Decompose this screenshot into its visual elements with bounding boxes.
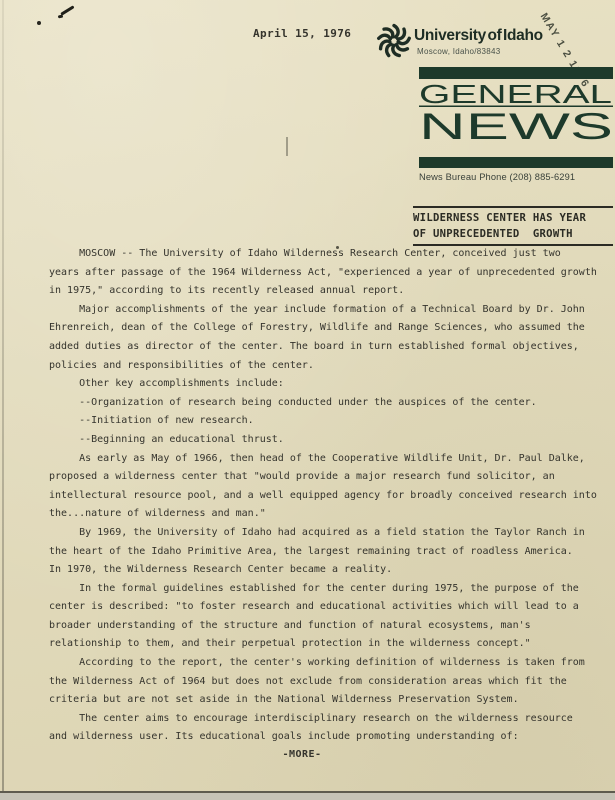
more-marker: -MORE- [0,749,604,760]
scan-bottom-strip [0,793,615,800]
document-text-line: and wilderness user. Its educational goa… [49,728,601,747]
document-body: MOSCOW -- The University of Idaho Wilder… [49,245,601,747]
document-text-line: MOSCOW -- The University of Idaho Wilder… [49,245,601,264]
document-text-line: --Organization of research being conduct… [49,394,601,413]
scanned-press-release: { "document": { "kind": "press-release",… [0,0,615,800]
document-text-line: the...nature of wilderness and man." [49,505,601,524]
headline-block: WILDERNESS CENTER HAS YEAR OF UNPRECEDEN… [413,206,613,246]
headline-rule-top [413,206,613,208]
org-name: University of Idaho [414,27,614,45]
masthead-word-news: NEWS [419,106,613,147]
document-text-line: The center aims to encourage interdiscip… [49,710,601,729]
org-address: Moscow, Idaho/83843 [417,47,501,56]
document-text-line: in 1975," according to its recently rele… [49,282,601,301]
document-text-line: added duties as director of the center. … [49,338,601,357]
document-text-line: According to the report, the center's wo… [49,654,601,673]
headline-line1: WILDERNESS CENTER HAS YEAR [413,210,613,226]
document-text-line: years after passage of the 1964 Wilderne… [49,264,601,283]
typed-date: April 15, 1976 [253,27,351,40]
document-text-line: In the formal guidelines established for… [49,580,601,599]
document-text-line: As early as May of 1966, then head of th… [49,450,601,469]
scan-left-edge [2,0,4,791]
document-text-line: By 1969, the University of Idaho had acq… [49,524,601,543]
document-text-line: In 1970, the Wilderness Research Center … [49,561,601,580]
document-text-line: policies and responsibilities of the cen… [49,357,601,376]
document-text-line: center is described: "to foster research… [49,598,601,617]
document-text-line: criteria but are not set aside in the Na… [49,691,601,710]
masthead-top-bar [419,67,613,79]
document-text-line: intellectural resource pool, and a well … [49,487,601,506]
masthead: GENERAL NEWS [418,67,614,174]
document-text-line: Major accomplishments of the year includ… [49,301,601,320]
sunburst-icon [375,22,413,65]
document-text-line: proposed a wilderness center that "would… [49,468,601,487]
masthead-bottom-bar [419,157,613,168]
document-text-line: Ehrenreich, dean of the College of Fores… [49,319,601,338]
fold-mark [286,137,288,156]
document-text-line: relationship to them, and their perpetua… [49,635,601,654]
document-text-line: Other key accomplishments include: [49,375,601,394]
headline-line2: OF UNPRECEDENTED GROWTH [413,226,613,242]
document-text-line: the Wilderness Act of 1964 but does not … [49,673,601,692]
document-text-line: broader understanding of the structure a… [49,617,601,636]
document-text-line: the heart of the Idaho Primitive Area, t… [49,543,601,562]
masthead-word-general: GENERAL [419,79,612,109]
paper-page: April 15, 1976 University of Idaho Mosco… [0,0,615,793]
ink-mark-dot [37,21,41,25]
ink-mark-dash-tail [58,15,63,19]
document-text-line: --Beginning an educational thrust. [49,431,601,450]
document-text-line: --Initiation of new research. [49,412,601,431]
news-bureau-contact: News Bureau Phone (208) 885-6291 [419,172,575,182]
